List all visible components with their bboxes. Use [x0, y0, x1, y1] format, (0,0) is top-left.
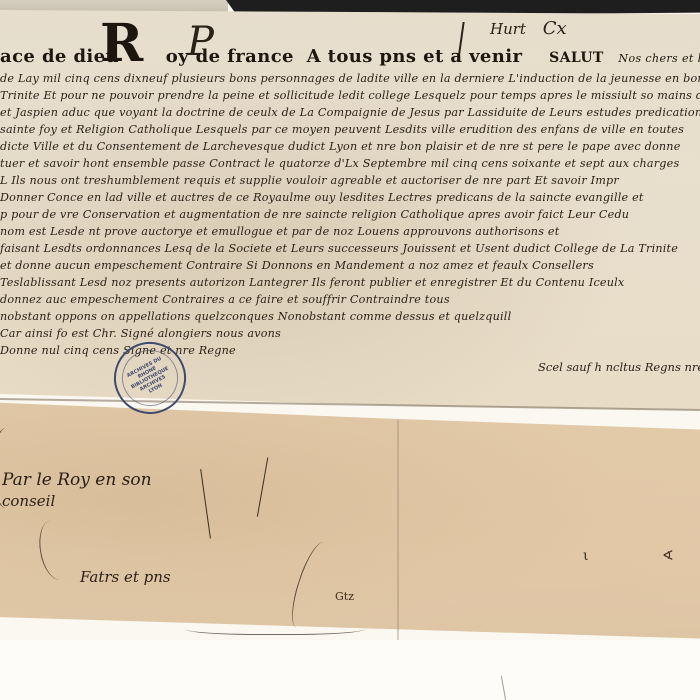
body-line: tuer et savoir hont ensemble passe Contr… — [0, 155, 700, 172]
background-surface — [0, 640, 700, 700]
body-line: L Ils nous ont treshumblement requis et … — [0, 172, 700, 189]
body-line-mandement: et donne aucun empeschement Contraire Si… — [0, 257, 700, 274]
body-line: Teslablissant Lesd noz presents autorizo… — [0, 274, 700, 291]
top-paraph: Cx — [543, 18, 567, 39]
body-line: faisant Lesdts ordonnances Lesq de la So… — [0, 240, 700, 257]
body-line: p pour de vre Conservation et augmentati… — [0, 206, 700, 223]
heading-line: ace de dieu oy de france A tous pns et a… — [0, 46, 700, 67]
signature-underline-flourish — [185, 620, 365, 635]
body-line: nom est Lesde nt prove auctorye et emull… — [0, 223, 700, 240]
body-line: nobstant oppons on appellations quelzcon… — [0, 308, 700, 325]
body-line: de Lay mil cinq cens dixneuf plusieurs b… — [0, 70, 700, 87]
secretary-signature: Fatrs et pns — [80, 568, 171, 586]
heading-salut: SALUT — [549, 50, 604, 66]
paraph-mark: Gtz — [335, 590, 354, 603]
body-line: et Jaspien aduc que voyant la doctrine d… — [0, 104, 700, 121]
ink-tick-mark: ∢ — [662, 548, 674, 564]
document-photo: R P Hurt Cx ace de dieu oy de france A t… — [0, 0, 700, 700]
body-line: sainte foy et Religion Catholique Lesque… — [0, 121, 700, 138]
body-line: Car ainsi fo est Chr. Signé alongiers no… — [0, 325, 700, 342]
body-line: Donner Conce en lad ville et auctres de … — [0, 189, 700, 206]
heading-continuation: Nos chers et bien amez Les Consullers — [618, 52, 700, 65]
body-line: dicte Ville et du Consentement de Larche… — [0, 138, 700, 155]
top-signature: Hurt Cx — [490, 18, 567, 39]
document-body: de Lay mil cinq cens dixneuf plusieurs b… — [0, 70, 700, 359]
body-line: et donne aucun empeschement Contraire Si… — [0, 259, 594, 272]
conseil-text: conseil — [2, 492, 55, 510]
body-line: Trinite Et pour ne pouvoir prendre la pe… — [0, 87, 700, 104]
heading-opening: ace de dieu — [0, 46, 119, 67]
repli-vertical-crease — [397, 420, 399, 640]
heading-greeting: A tous pns et a venir — [307, 46, 523, 67]
body-line: donnez auc empeschement Contraires a ce … — [0, 291, 700, 308]
closing-line-sceau: Scel sauf h ncltus Regns nre droict — [538, 360, 700, 374]
heading-roy: oy de france — [166, 46, 294, 67]
par-le-roy-text: Par le Roy en son — [2, 470, 152, 490]
ink-tick-mark: ι — [583, 548, 589, 564]
top-signature-text: Hurt — [490, 20, 526, 38]
body-line: Donne nul cinq cens Signe et nre Regne — [0, 342, 700, 359]
